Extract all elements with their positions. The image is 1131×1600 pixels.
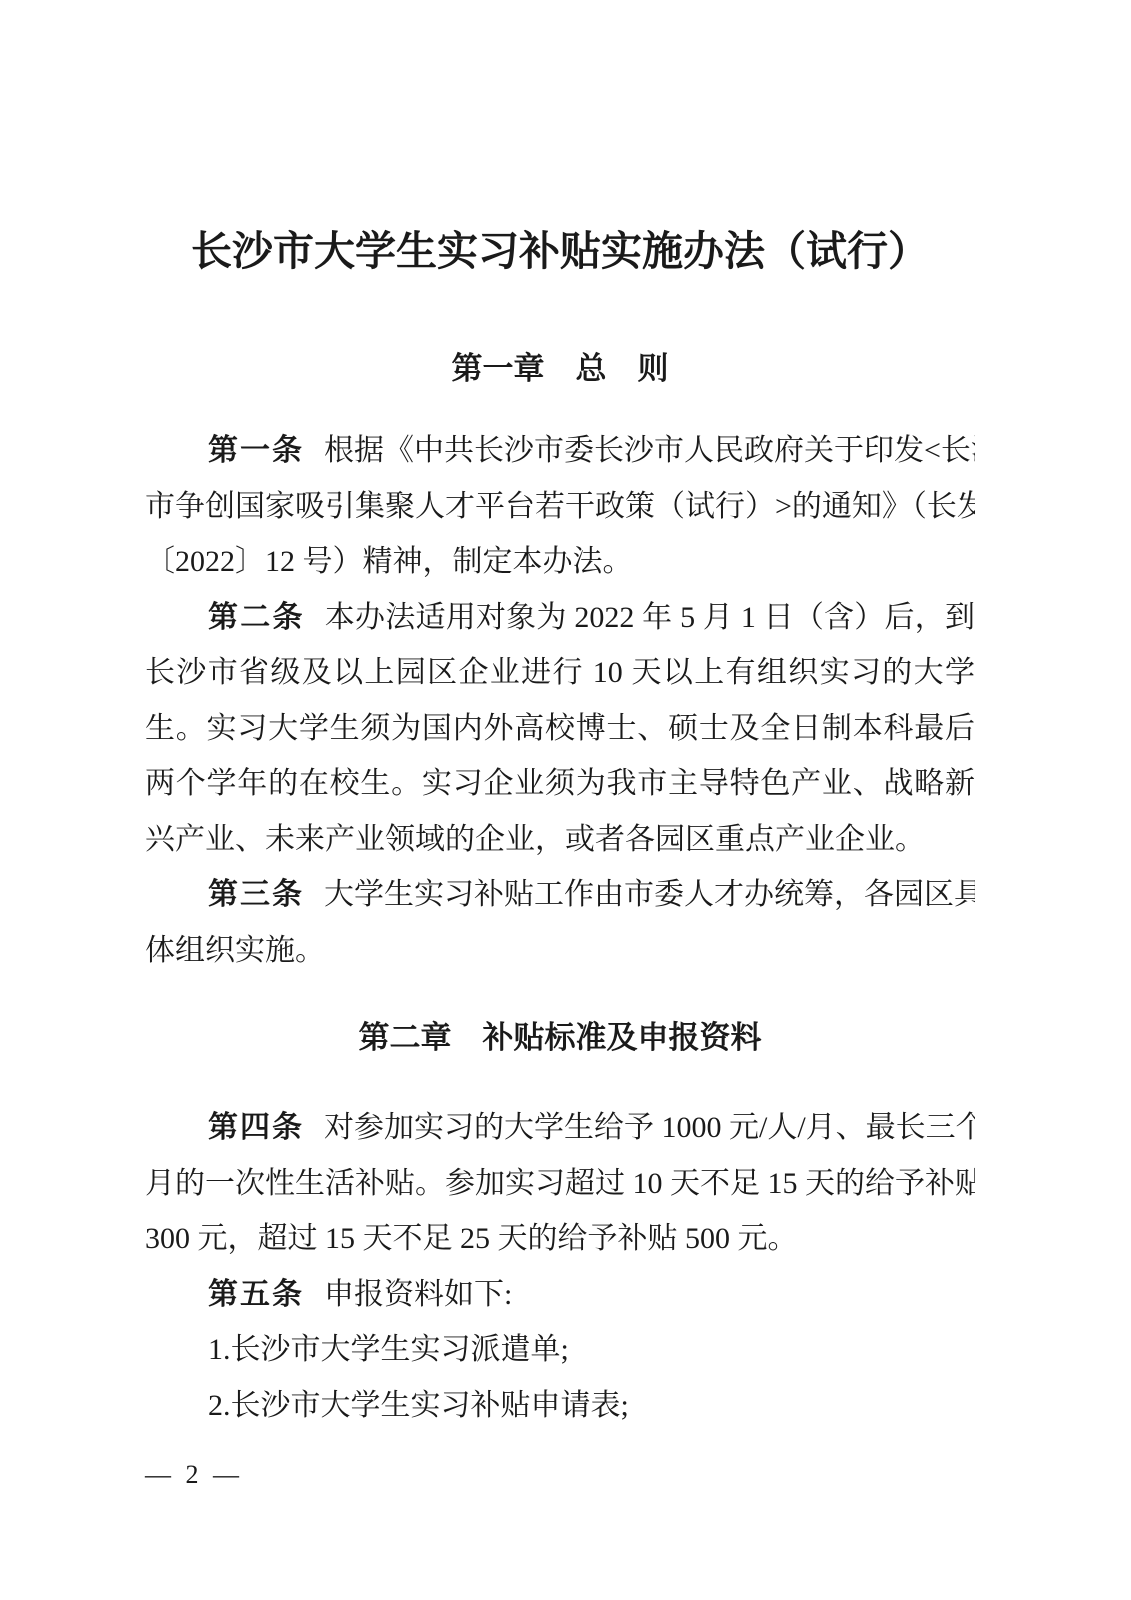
body-line: 兴产业、未来产业领域的企业，或者各园区重点产业企业。 xyxy=(145,812,975,868)
body-line: 生。实习大学生须为国内外高校博士、硕士及全日制本科最后 xyxy=(145,701,975,757)
line-text: 月的一次性生活补贴。参加实习超过 10 天不足 15 天的给予补贴 xyxy=(145,1167,975,1200)
line-text: 本办法适用对象为 2022 年 5 月 1 日（含）后，到 xyxy=(325,601,975,634)
line-text: 〔2022〕12 号）精神，制定本办法。 xyxy=(145,545,633,578)
line-text: 生。实习大学生须为国内外高校博士、硕士及全日制本科最后 xyxy=(145,712,975,745)
body-line: 第五条申报资料如下: xyxy=(145,1267,975,1323)
document-page: 长沙市大学生实习补贴实施办法（试行） 第一章 总 则 第一条根据《中共长沙市委长… xyxy=(0,0,1131,1600)
line-text: 体组织实施。 xyxy=(145,934,325,967)
body-line: 第一条根据《中共长沙市委长沙市人民政府关于印发<长沙 xyxy=(145,423,975,479)
article-3-label: 第三条 xyxy=(208,878,304,911)
article-4-label: 第四条 xyxy=(208,1111,304,1144)
line-text: 300 元，超过 15 天不足 25 天的给予补贴 500 元。 xyxy=(145,1222,798,1255)
line-text: 市争创国家吸引集聚人才平台若干政策（试行）>的通知》（长发 xyxy=(145,490,975,523)
chapter-2-heading: 第二章 补贴标准及申报资料 xyxy=(145,1018,975,1058)
body-line: 第四条对参加实习的大学生给予 1000 元/人/月、最长三个 xyxy=(145,1100,975,1156)
page-footer: — 2 — xyxy=(145,1459,975,1491)
chapter-1-heading: 第一章 总 则 xyxy=(145,349,975,389)
body-line: 1.长沙市大学生实习派遣单; xyxy=(145,1322,975,1378)
line-text: 申报资料如下: xyxy=(324,1278,512,1311)
body-line: 300 元，超过 15 天不足 25 天的给予补贴 500 元。 xyxy=(145,1211,975,1267)
line-text: 大学生实习补贴工作由市委人才办统筹，各园区具 xyxy=(324,878,975,911)
body-line: 长沙市省级及以上园区企业进行 10 天以上有组织实习的大学 xyxy=(145,645,975,701)
document-title: 长沙市大学生实习补贴实施办法（试行） xyxy=(145,226,975,276)
body-line: 第三条大学生实习补贴工作由市委人才办统筹，各园区具 xyxy=(145,867,975,923)
body-line: 〔2022〕12 号）精神，制定本办法。 xyxy=(145,534,975,590)
line-text: 长沙市省级及以上园区企业进行 10 天以上有组织实习的大学 xyxy=(145,656,975,689)
body-line: 月的一次性生活补贴。参加实习超过 10 天不足 15 天的给予补贴 xyxy=(145,1156,975,1212)
line-text: 兴产业、未来产业领域的企业，或者各园区重点产业企业。 xyxy=(145,823,925,856)
article-2-label: 第二条 xyxy=(208,601,305,634)
line-text: 1.长沙市大学生实习派遣单; xyxy=(208,1333,569,1366)
article-1-label: 第一条 xyxy=(208,434,304,467)
line-text: 根据《中共长沙市委长沙市人民政府关于印发<长沙 xyxy=(324,434,975,467)
body-line: 市争创国家吸引集聚人才平台若干政策（试行）>的通知》（长发 xyxy=(145,479,975,535)
article-5-label: 第五条 xyxy=(208,1278,304,1311)
page-number: — 2 — xyxy=(145,1460,243,1489)
line-text: 两个学年的在校生。实习企业须为我市主导特色产业、战略新 xyxy=(145,767,975,800)
body-line: 第二条本办法适用对象为 2022 年 5 月 1 日（含）后，到 xyxy=(145,590,975,646)
line-text: 2.长沙市大学生实习补贴申请表; xyxy=(208,1389,629,1422)
body-line: 2.长沙市大学生实习补贴申请表; xyxy=(145,1378,975,1434)
body-line: 两个学年的在校生。实习企业须为我市主导特色产业、战略新 xyxy=(145,756,975,812)
body-line: 体组织实施。 xyxy=(145,923,975,979)
chapter-1-body: 第一条根据《中共长沙市委长沙市人民政府关于印发<长沙 市争创国家吸引集聚人才平台… xyxy=(145,423,975,978)
line-text: 对参加实习的大学生给予 1000 元/人/月、最长三个 xyxy=(324,1111,975,1144)
chapter-2-body: 第四条对参加实习的大学生给予 1000 元/人/月、最长三个 月的一次性生活补贴… xyxy=(145,1100,975,1433)
